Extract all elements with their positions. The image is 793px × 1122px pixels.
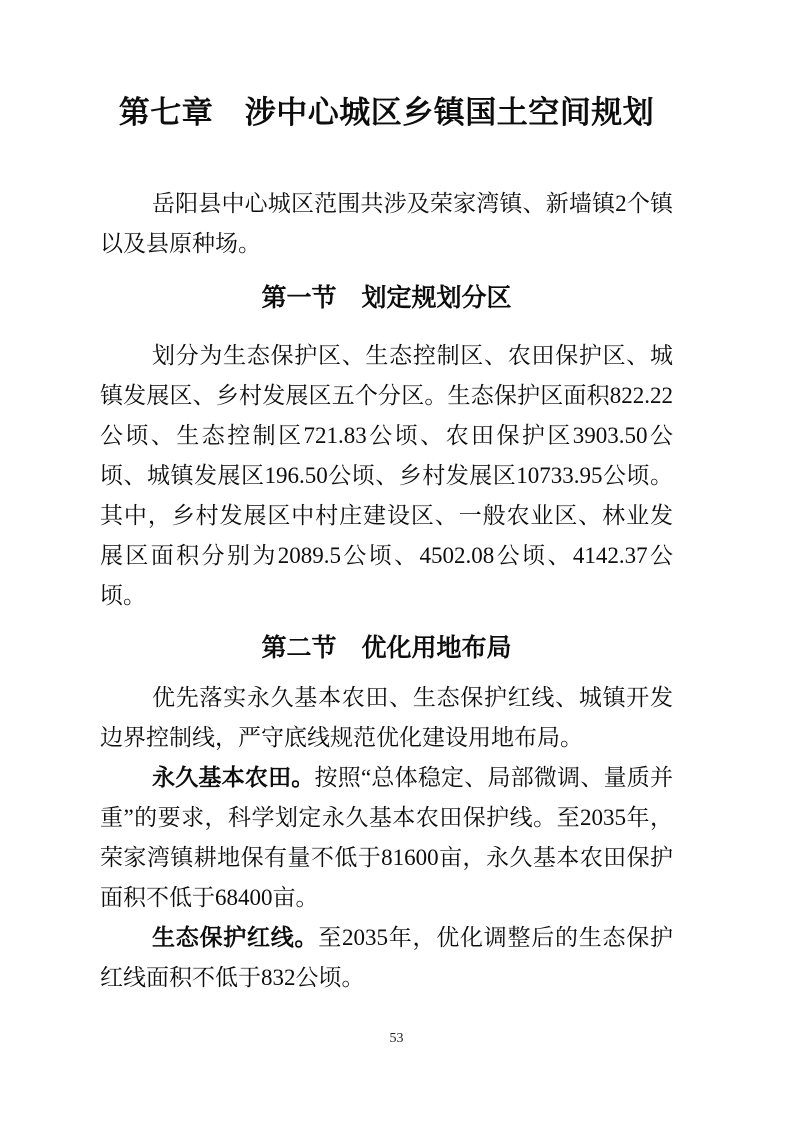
ecological-redline-lead: 生态保护红线。 — [152, 925, 318, 950]
section-2-intro-paragraph: 优先落实永久基本农田、生态保护红线、城镇开发边界控制线，严守底线规范优化建设用地… — [100, 678, 673, 758]
ecological-redline-paragraph: 生态保护红线。至2035年，优化调整后的生态保护红线面积不低于832公顷。 — [100, 918, 673, 998]
section-1-paragraph: 划分为生态保护区、生态控制区、农田保护区、城镇发展区、乡村发展区五个分区。生态保… — [100, 336, 673, 616]
chapter-title: 第七章 涉中心城区乡镇国土空间规划 — [100, 92, 673, 134]
section-1-heading: 第一节 划定规划分区 — [100, 280, 673, 316]
permanent-farmland-paragraph: 永久基本农田。按照“总体稳定、局部微调、量质并重”的要求，科学划定永久基本农田保… — [100, 758, 673, 918]
intro-paragraph: 岳阳县中心城区范围共涉及荣家湾镇、新墙镇2个镇以及县原种场。 — [100, 184, 673, 264]
permanent-farmland-lead: 永久基本农田。 — [152, 765, 315, 790]
document-page: 第七章 涉中心城区乡镇国土空间规划 岳阳县中心城区范围共涉及荣家湾镇、新墙镇2个… — [0, 0, 793, 1122]
section-2-heading: 第二节 优化用地布局 — [100, 630, 673, 666]
page-number: 53 — [0, 1030, 793, 1048]
